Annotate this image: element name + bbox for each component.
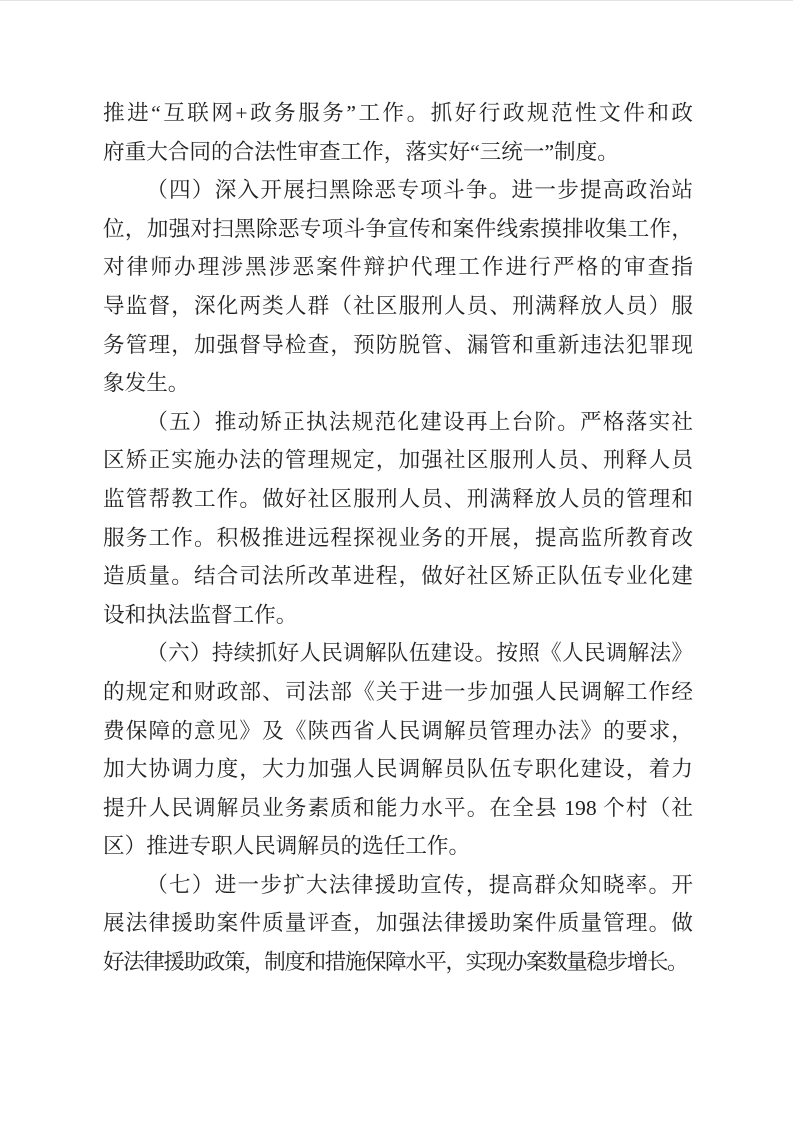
text-line: 服务工作。积极推进远程探视业务的开展，提高监所教育改 (103, 519, 693, 558)
paragraph-item-6: （六）持续抓好人民调解队伍建设。按照《人民调解法》的规定和财政部、司法部《关于进… (103, 634, 693, 866)
text-line: 象发生。 (103, 364, 693, 403)
text-line: 区）推进专职人民调解员的选任工作。 (103, 827, 693, 866)
document-body: 推进“互联网+政务服务”工作。抓好行政规范性文件和政府重大合同的合法性审查工作，… (103, 94, 693, 982)
page-edge-line (0, 0, 793, 1)
paragraph-item-4: （四）深入开展扫黑除恶专项斗争。进一步提高政治站位，加强对扫黑除恶专项斗争宣传和… (103, 171, 693, 403)
text-line: 费保障的意见》及《陕西省人民调解员管理办法》的要求， (103, 712, 693, 751)
paragraph-item-7: （七）进一步扩大法律援助宣传，提高群众知晓率。开展法律援助案件质量评查，加强法律… (103, 866, 693, 982)
text-line: 区矫正实施办法的管理规定，加强社区服刑人员、刑释人员 (103, 441, 693, 480)
text-line: （七）进一步扩大法律援助宣传，提高群众知晓率。开 (103, 866, 693, 905)
text-line: 导监督，深化两类人群（社区服刑人员、刑满释放人员）服 (103, 287, 693, 326)
text-line: 推进“互联网+政务服务”工作。抓好行政规范性文件和政 (103, 94, 693, 133)
document-page: 推进“互联网+政务服务”工作。抓好行政规范性文件和政府重大合同的合法性审查工作，… (0, 0, 793, 1122)
text-line: （四）深入开展扫黑除恶专项斗争。进一步提高政治站 (103, 171, 693, 210)
text-line: 提升人民调解员业务素质和能力水平。在全县 198 个村（社 (103, 789, 693, 828)
text-line: 展法律援助案件质量评查，加强法律援助案件质量管理。做 (103, 904, 693, 943)
text-line: 位，加强对扫黑除恶专项斗争宣传和案件线索摸排收集工作， (103, 210, 693, 249)
text-line: 府重大合同的合法性审查工作，落实好“三统一”制度。 (103, 133, 693, 172)
text-line: 对律师办理涉黑涉恶案件辩护代理工作进行严格的审查指 (103, 248, 693, 287)
text-line: 好法律援助政策，制度和措施保障水平，实现办案数量稳步增长。 (103, 943, 693, 982)
text-line: 加大协调力度，大力加强人民调解员队伍专职化建设，着力 (103, 750, 693, 789)
paragraph-continued: 推进“互联网+政务服务”工作。抓好行政规范性文件和政府重大合同的合法性审查工作，… (103, 94, 693, 171)
text-line: 监管帮教工作。做好社区服刑人员、刑满释放人员的管理和 (103, 480, 693, 519)
text-line: 造质量。结合司法所改革进程，做好社区矫正队伍专业化建 (103, 557, 693, 596)
text-line: 务管理，加强督导检查，预防脱管、漏管和重新违法犯罪现 (103, 326, 693, 365)
text-line: （六）持续抓好人民调解队伍建设。按照《人民调解法》 (103, 634, 693, 673)
text-line: （五）推动矫正执法规范化建设再上台阶。严格落实社 (103, 403, 693, 442)
text-line: 的规定和财政部、司法部《关于进一步加强人民调解工作经 (103, 673, 693, 712)
paragraph-item-5: （五）推动矫正执法规范化建设再上台阶。严格落实社区矫正实施办法的管理规定，加强社… (103, 403, 693, 635)
text-line: 设和执法监督工作。 (103, 596, 693, 635)
